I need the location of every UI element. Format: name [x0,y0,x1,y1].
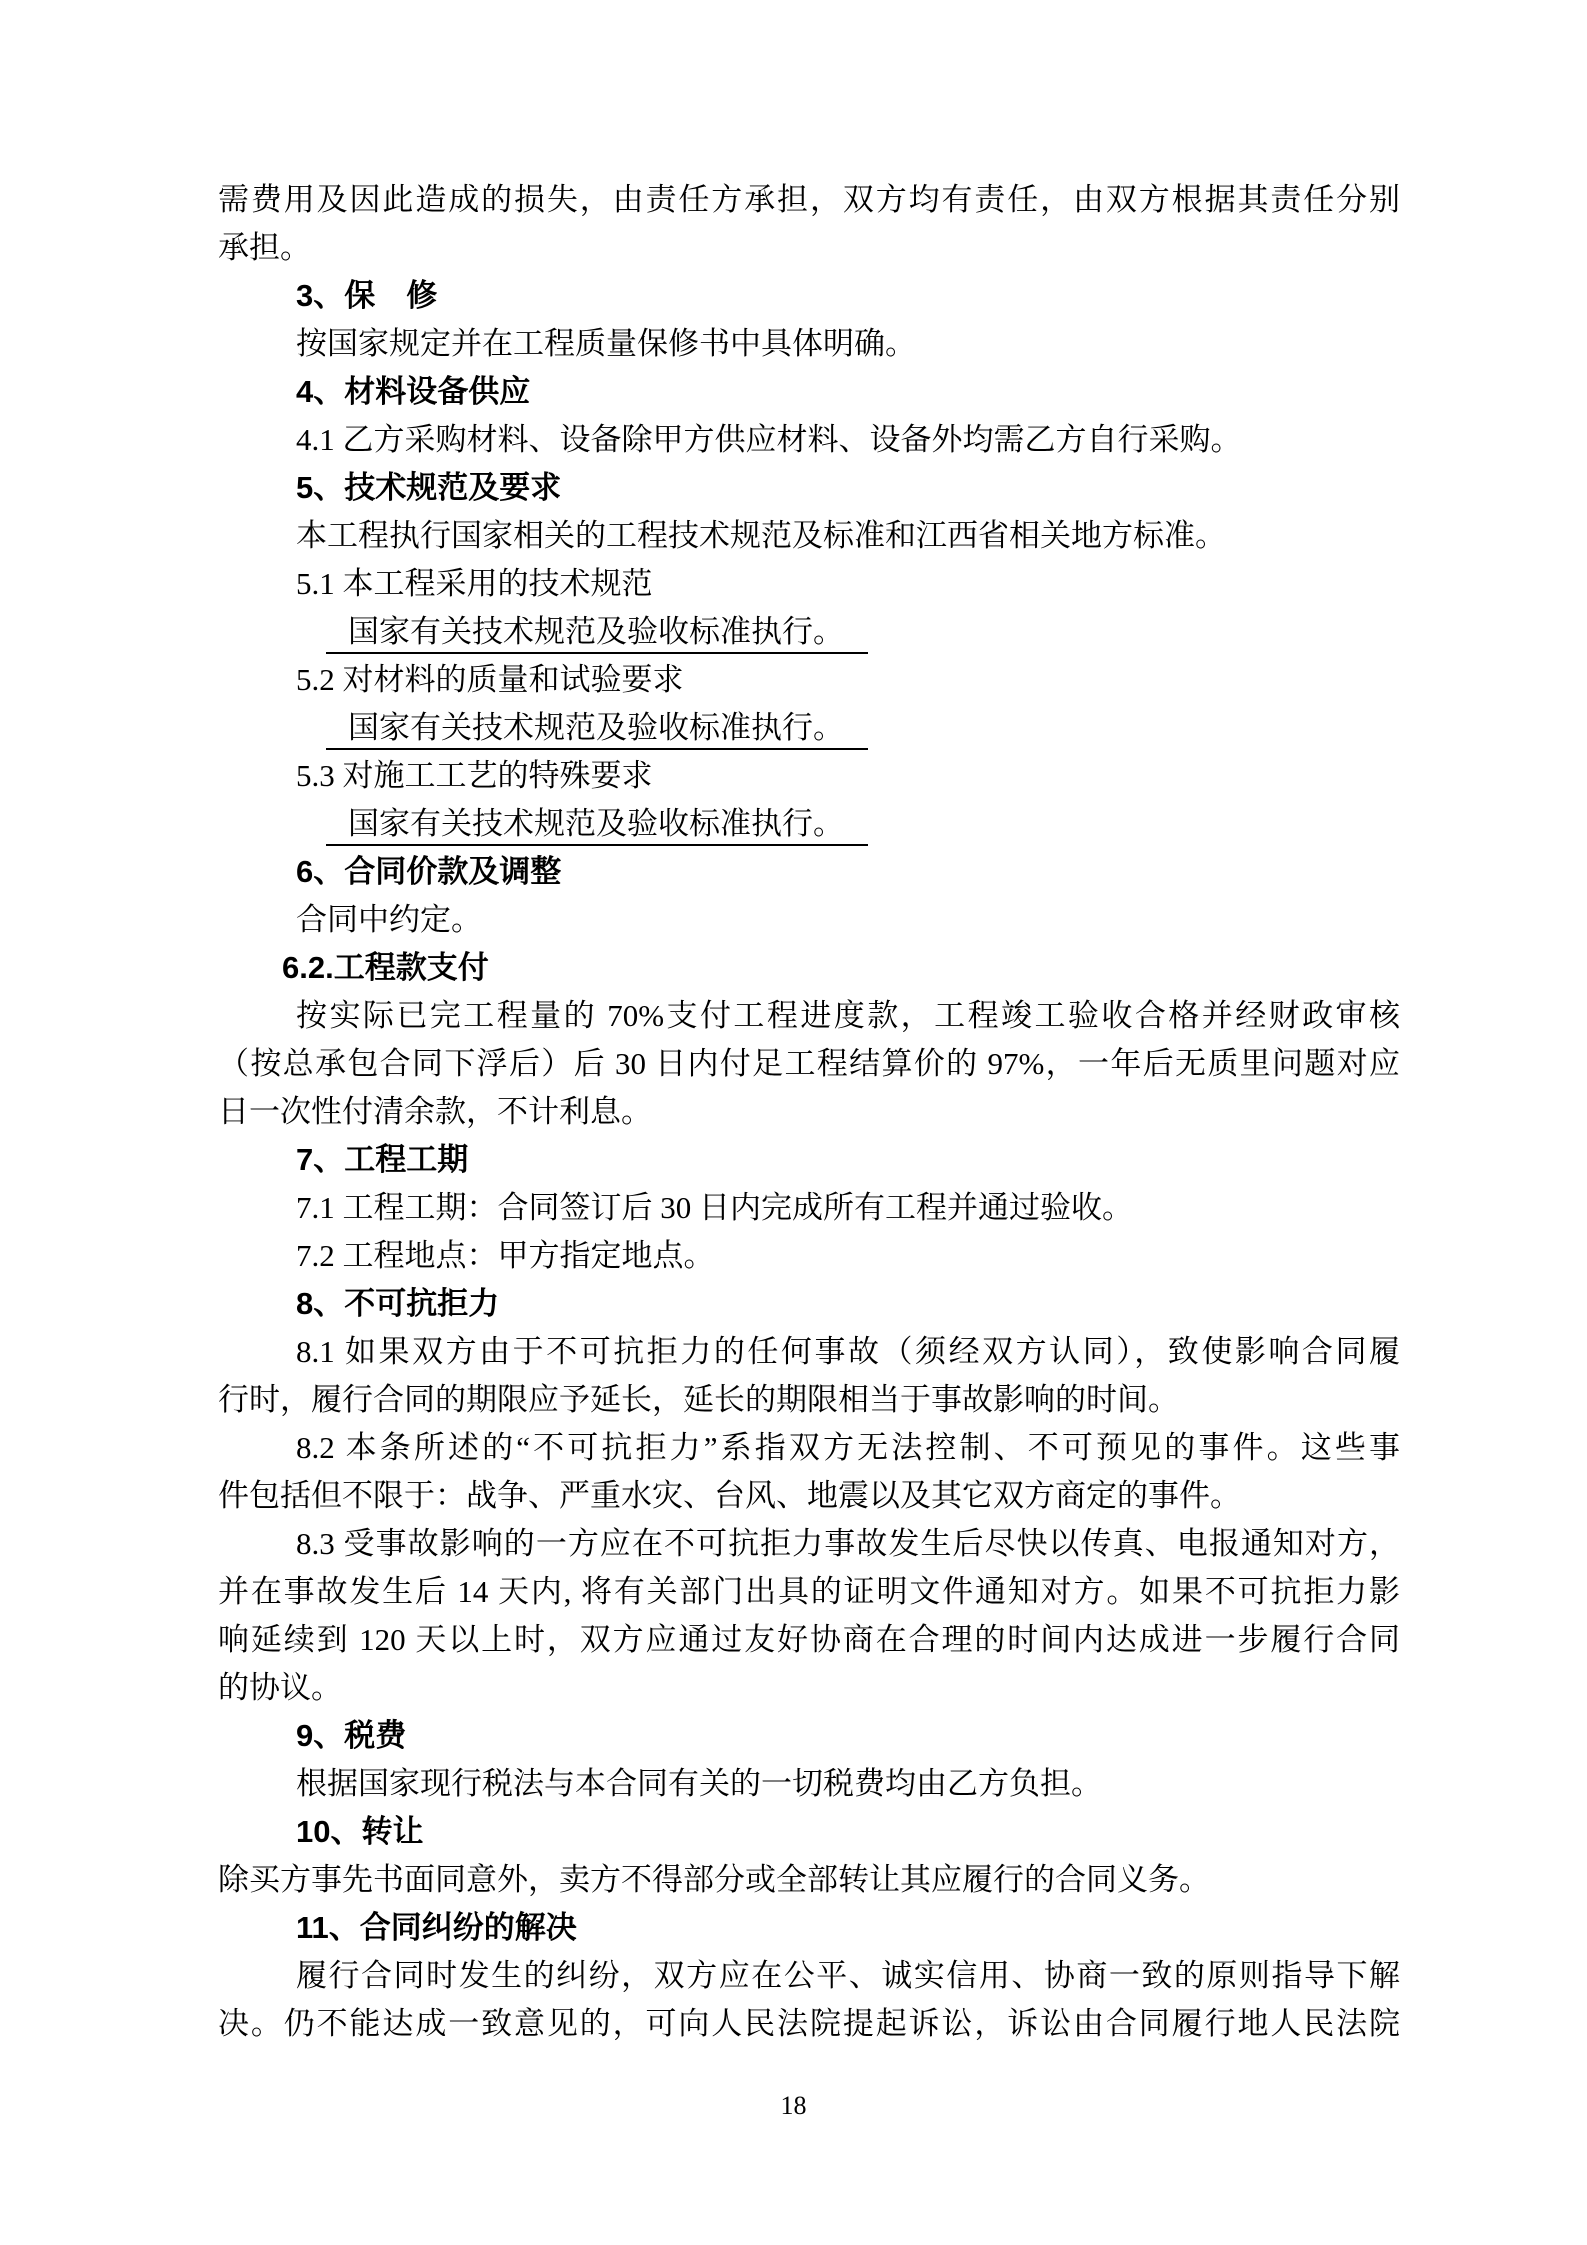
heading-line: 7、工程工期 [296,1136,1400,1184]
text-line: 5.3 对施工工艺的特殊要求 [296,752,1400,800]
text-line: 根据国家现行税法与本合同有关的一切税费均由乙方负担。 [296,1760,1400,1808]
text-line: 承担。 [218,224,1400,272]
text-line: 并在事故发生后 14 天内, 将有关部门出具的证明文件通知对方。如果不可抗拒力影 [218,1568,1400,1616]
heading-line: 4、材料设备供应 [296,368,1400,416]
heading-line: 8、不可抗拒力 [296,1280,1400,1328]
underlined-text: 国家有关技术规范及验收标准执行。 [326,614,868,654]
heading-line: 6、合同价款及调整 [296,848,1400,896]
text-line: 的协议。 [218,1664,1400,1712]
text-line: 8.1 如果双方由于不可抗拒力的任何事故（须经双方认同），致使影响合同履 [296,1328,1400,1376]
document-body: 需费用及因此造成的损失，由责任方承担，双方均有责任，由双方根据其责任分别承担。3… [218,176,1400,2048]
text-line: 合同中约定。 [296,896,1400,944]
underlined-text: 国家有关技术规范及验收标准执行。 [326,806,868,846]
underlined-line: 国家有关技术规范及验收标准执行。 [326,800,1400,848]
text-line: 7.1 工程工期：合同签订后 30 日内完成所有工程并通过验收。 [296,1184,1400,1232]
heading-line: 11、合同纠纷的解决 [296,1904,1400,1952]
text-line: 件包括但不限于：战争、严重水灾、台风、地震以及其它双方商定的事件。 [218,1472,1400,1520]
text-line: 履行合同时发生的纠纷，双方应在公平、诚实信用、协商一致的原则指导下解 [296,1952,1400,2000]
underlined-line: 国家有关技术规范及验收标准执行。 [326,704,1400,752]
text-line: 5.2 对材料的质量和试验要求 [296,656,1400,704]
text-line: 按实际已完工程量的 70%支付工程进度款，工程竣工验收合格并经财政审核 [296,992,1400,1040]
heading-line: 3、保 修 [296,272,1400,320]
text-line: 日一次性付清余款，不计利息。 [218,1088,1400,1136]
text-line: 响延续到 120 天以上时，双方应通过友好协商在合理的时间内达成进一步履行合同 [218,1616,1400,1664]
text-line: 行时，履行合同的期限应予延长，延长的期限相当于事故影响的时间。 [218,1376,1400,1424]
text-line: 7.2 工程地点：甲方指定地点。 [296,1232,1400,1280]
text-line: 8.2 本条所述的“不可抗拒力”系指双方无法控制、不可预见的事件。这些事 [296,1424,1400,1472]
text-line: 5.1 本工程采用的技术规范 [296,560,1400,608]
heading-line: 5、技术规范及要求 [296,464,1400,512]
text-line: 决。仍不能达成一致意见的，可向人民法院提起诉讼，诉讼由合同履行地人民法院 [218,2000,1400,2048]
heading-line: 6.2.工程款支付 [282,944,1400,992]
text-line: （按总承包合同下浮后）后 30 日内付足工程结算价的 97%，一年后无质里问题对… [218,1040,1400,1088]
text-line: 本工程执行国家相关的工程技术规范及标准和江西省相关地方标准。 [296,512,1400,560]
underlined-line: 国家有关技术规范及验收标准执行。 [326,608,1400,656]
heading-line: 9、税费 [296,1712,1400,1760]
underlined-text: 国家有关技术规范及验收标准执行。 [326,710,868,750]
page-number: 18 [0,2086,1587,2126]
text-line: 按国家规定并在工程质量保修书中具体明确。 [296,320,1400,368]
document-page: 需费用及因此造成的损失，由责任方承担，双方均有责任，由双方根据其责任分别承担。3… [0,0,1587,2245]
text-line: 除买方事先书面同意外，卖方不得部分或全部转让其应履行的合同义务。 [218,1856,1400,1904]
text-line: 8.3 受事故影响的一方应在不可抗拒力事故发生后尽快以传真、电报通知对方， [296,1520,1400,1568]
heading-line: 10、转让 [296,1808,1400,1856]
text-line: 需费用及因此造成的损失，由责任方承担，双方均有责任，由双方根据其责任分别 [218,176,1400,224]
text-line: 4.1 乙方采购材料、设备除甲方供应材料、设备外均需乙方自行采购。 [296,416,1400,464]
